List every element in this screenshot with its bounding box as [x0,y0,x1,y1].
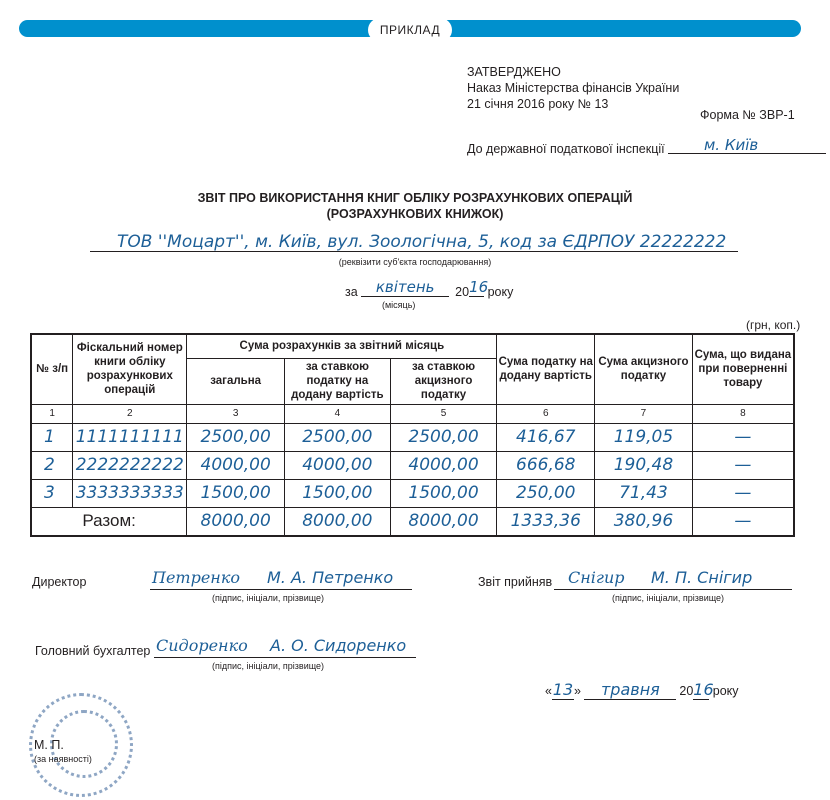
accountant-caption: (підпис, ініціали, прізвище) [212,661,324,671]
total-total: 8000,00 [187,507,285,536]
accepted-caption: (підпис, ініціали, прізвище) [612,593,724,603]
column-number: 6 [497,404,595,423]
cell-excise-sum: 190,48 [595,451,693,479]
column-number: 4 [285,404,391,423]
period-prefix: за [345,285,358,299]
approval-line-1: ЗАТВЕРДЖЕНО [467,64,679,80]
column-number: 7 [595,404,693,423]
approval-line-2: Наказ Міністерства фінансів України [467,80,679,96]
cell-excise-rate: 1500,00 [390,479,497,507]
date-month-blank[interactable]: травня [584,680,676,700]
cell-vat-rate: 2500,00 [285,423,391,451]
header-excise-sum: Сума акцизного податку [595,334,693,404]
accountant-label: Головний бухгалтер [35,644,150,658]
header-fiscal: Фіскальний номер книги обліку розрахунко… [73,334,187,404]
director-signature[interactable]: Петренко [152,568,240,587]
approval-line-3: 21 січня 2016 року № 13 [467,96,679,112]
stamp-label: М. П. [34,738,64,752]
header-vat-rate: за ставкою податку на додану вартість [285,358,391,404]
period-year-suffix: 16 [469,278,488,296]
column-number: 5 [390,404,497,423]
date-year-suffix: 16 [693,680,713,699]
report-title-line-2: (РОЗРАХУНКОВИХ КНИЖОК) [0,206,830,222]
cell-no: 1 [31,423,73,451]
header-sum-group: Сума розрахунків за звітний місяць [187,334,497,358]
accountant-name: А. О. Сидоренко [270,636,406,655]
header-no: № з/п [31,334,73,404]
cell-no: 2 [31,451,73,479]
period-year-blank[interactable]: 16 [469,282,484,297]
date-suffix: року [713,684,739,698]
cell-returned: — [692,451,794,479]
cell-no: 3 [31,479,73,507]
date-open-quote: « [545,684,552,698]
accepted-label: Звіт прийняв [478,575,552,589]
header-excise-rate: за ставкою акцизного податку [390,358,497,404]
column-number: 1 [31,404,73,423]
cell-total: 2500,00 [187,423,285,451]
period-month-blank[interactable]: квітень [361,282,449,297]
date-year-prefix: 20 [679,684,693,698]
cell-excise-rate: 4000,00 [390,451,497,479]
table-row: 1 1111111111 2500,00 2500,00 2500,00 416… [31,423,794,451]
inspection-field: До державної податкової інспекції м. Киї… [467,139,826,156]
date-day: 13 [553,680,573,699]
cell-vat-sum: 250,00 [497,479,595,507]
header-returned: Сума, що видана при поверненні товару [692,334,794,404]
accountant-signature[interactable]: Сидоренко [156,636,248,655]
cell-vat-rate: 4000,00 [285,451,391,479]
cell-fiscal: 2222222222 [73,451,187,479]
column-number: 2 [73,404,187,423]
cell-excise-rate: 2500,00 [390,423,497,451]
totals-label: Разом: [31,507,187,536]
cell-vat-sum: 666,68 [497,451,595,479]
column-number: 8 [692,404,794,423]
column-number: 3 [187,404,285,423]
entity-value[interactable]: ТОВ ''Моцарт'', м. Київ, вул. Зоологічна… [117,232,726,252]
entity-caption: (реквізити суб'єкта господарювання) [0,257,830,267]
report-table: № з/п Фіскальний номер книги обліку розр… [30,333,795,537]
director-caption: (підпис, ініціали, прізвище) [212,593,324,603]
table-row: 2 2222222222 4000,00 4000,00 4000,00 666… [31,451,794,479]
column-number-row: 1 2 3 4 5 6 7 8 [31,404,794,423]
header-total: загальна [187,358,285,404]
inspection-value: м. Київ [704,136,758,154]
cell-excise-sum: 119,05 [595,423,693,451]
period-year-prefix: 20 [455,285,469,299]
date-day-blank[interactable]: 13 [552,680,574,700]
date-close-quote: » [574,684,581,698]
header-vat-sum: Сума податку на додану вартість [497,334,595,404]
total-vat-sum: 1333,36 [497,507,595,536]
acceptance-date: «13» травня2016 року [545,680,739,700]
period-caption: (місяць) [382,300,415,310]
totals-row: Разом: 8000,00 8000,00 8000,00 1333,36 3… [31,507,794,536]
cell-returned: — [692,423,794,451]
accepted-name: М. П. Снігир [651,568,752,587]
report-title-line-1: ЗВІТ ПРО ВИКОРИСТАННЯ КНИГ ОБЛІКУ РОЗРАХ… [0,190,830,206]
cell-vat-rate: 1500,00 [285,479,391,507]
form-number: Форма № ЗВР-1 [700,108,795,122]
accepted-signature[interactable]: Снігир [568,568,625,587]
table-row: 3 3333333333 1500,00 1500,00 1500,00 250… [31,479,794,507]
approval-block: ЗАТВЕРДЖЕНО Наказ Міністерства фінансів … [467,64,679,112]
stamp-caption: (за наявності) [34,754,92,764]
cell-total: 1500,00 [187,479,285,507]
inspection-label: До державної податкової інспекції [467,142,665,156]
cell-fiscal: 3333333333 [73,479,187,507]
report-title: ЗВІТ ПРО ВИКОРИСТАННЯ КНИГ ОБЛІКУ РОЗРАХ… [0,190,830,222]
period-month: квітень [376,278,435,296]
period-suffix: року [488,285,514,299]
cell-fiscal: 1111111111 [73,423,187,451]
date-year-blank[interactable]: 16 [693,680,709,700]
total-excise-sum: 380,96 [595,507,693,536]
cell-vat-sum: 416,67 [497,423,595,451]
total-returned: — [692,507,794,536]
period-field: за квітень2016 року [345,282,513,299]
total-vat-rate: 8000,00 [285,507,391,536]
director-name: М. А. Петренко [267,568,393,587]
cell-returned: — [692,479,794,507]
units-label: (грн, коп.) [746,318,800,332]
cell-total: 4000,00 [187,451,285,479]
cell-excise-sum: 71,43 [595,479,693,507]
accountant-signature-line [154,656,416,658]
director-signature-line [150,588,412,590]
accepted-signature-line [554,588,792,590]
date-month: травня [601,680,660,699]
inspection-blank[interactable]: м. Київ [668,139,826,154]
total-excise-rate: 8000,00 [390,507,497,536]
director-label: Директор [32,575,86,589]
example-banner-label: ПРИКЛАД [368,18,452,42]
